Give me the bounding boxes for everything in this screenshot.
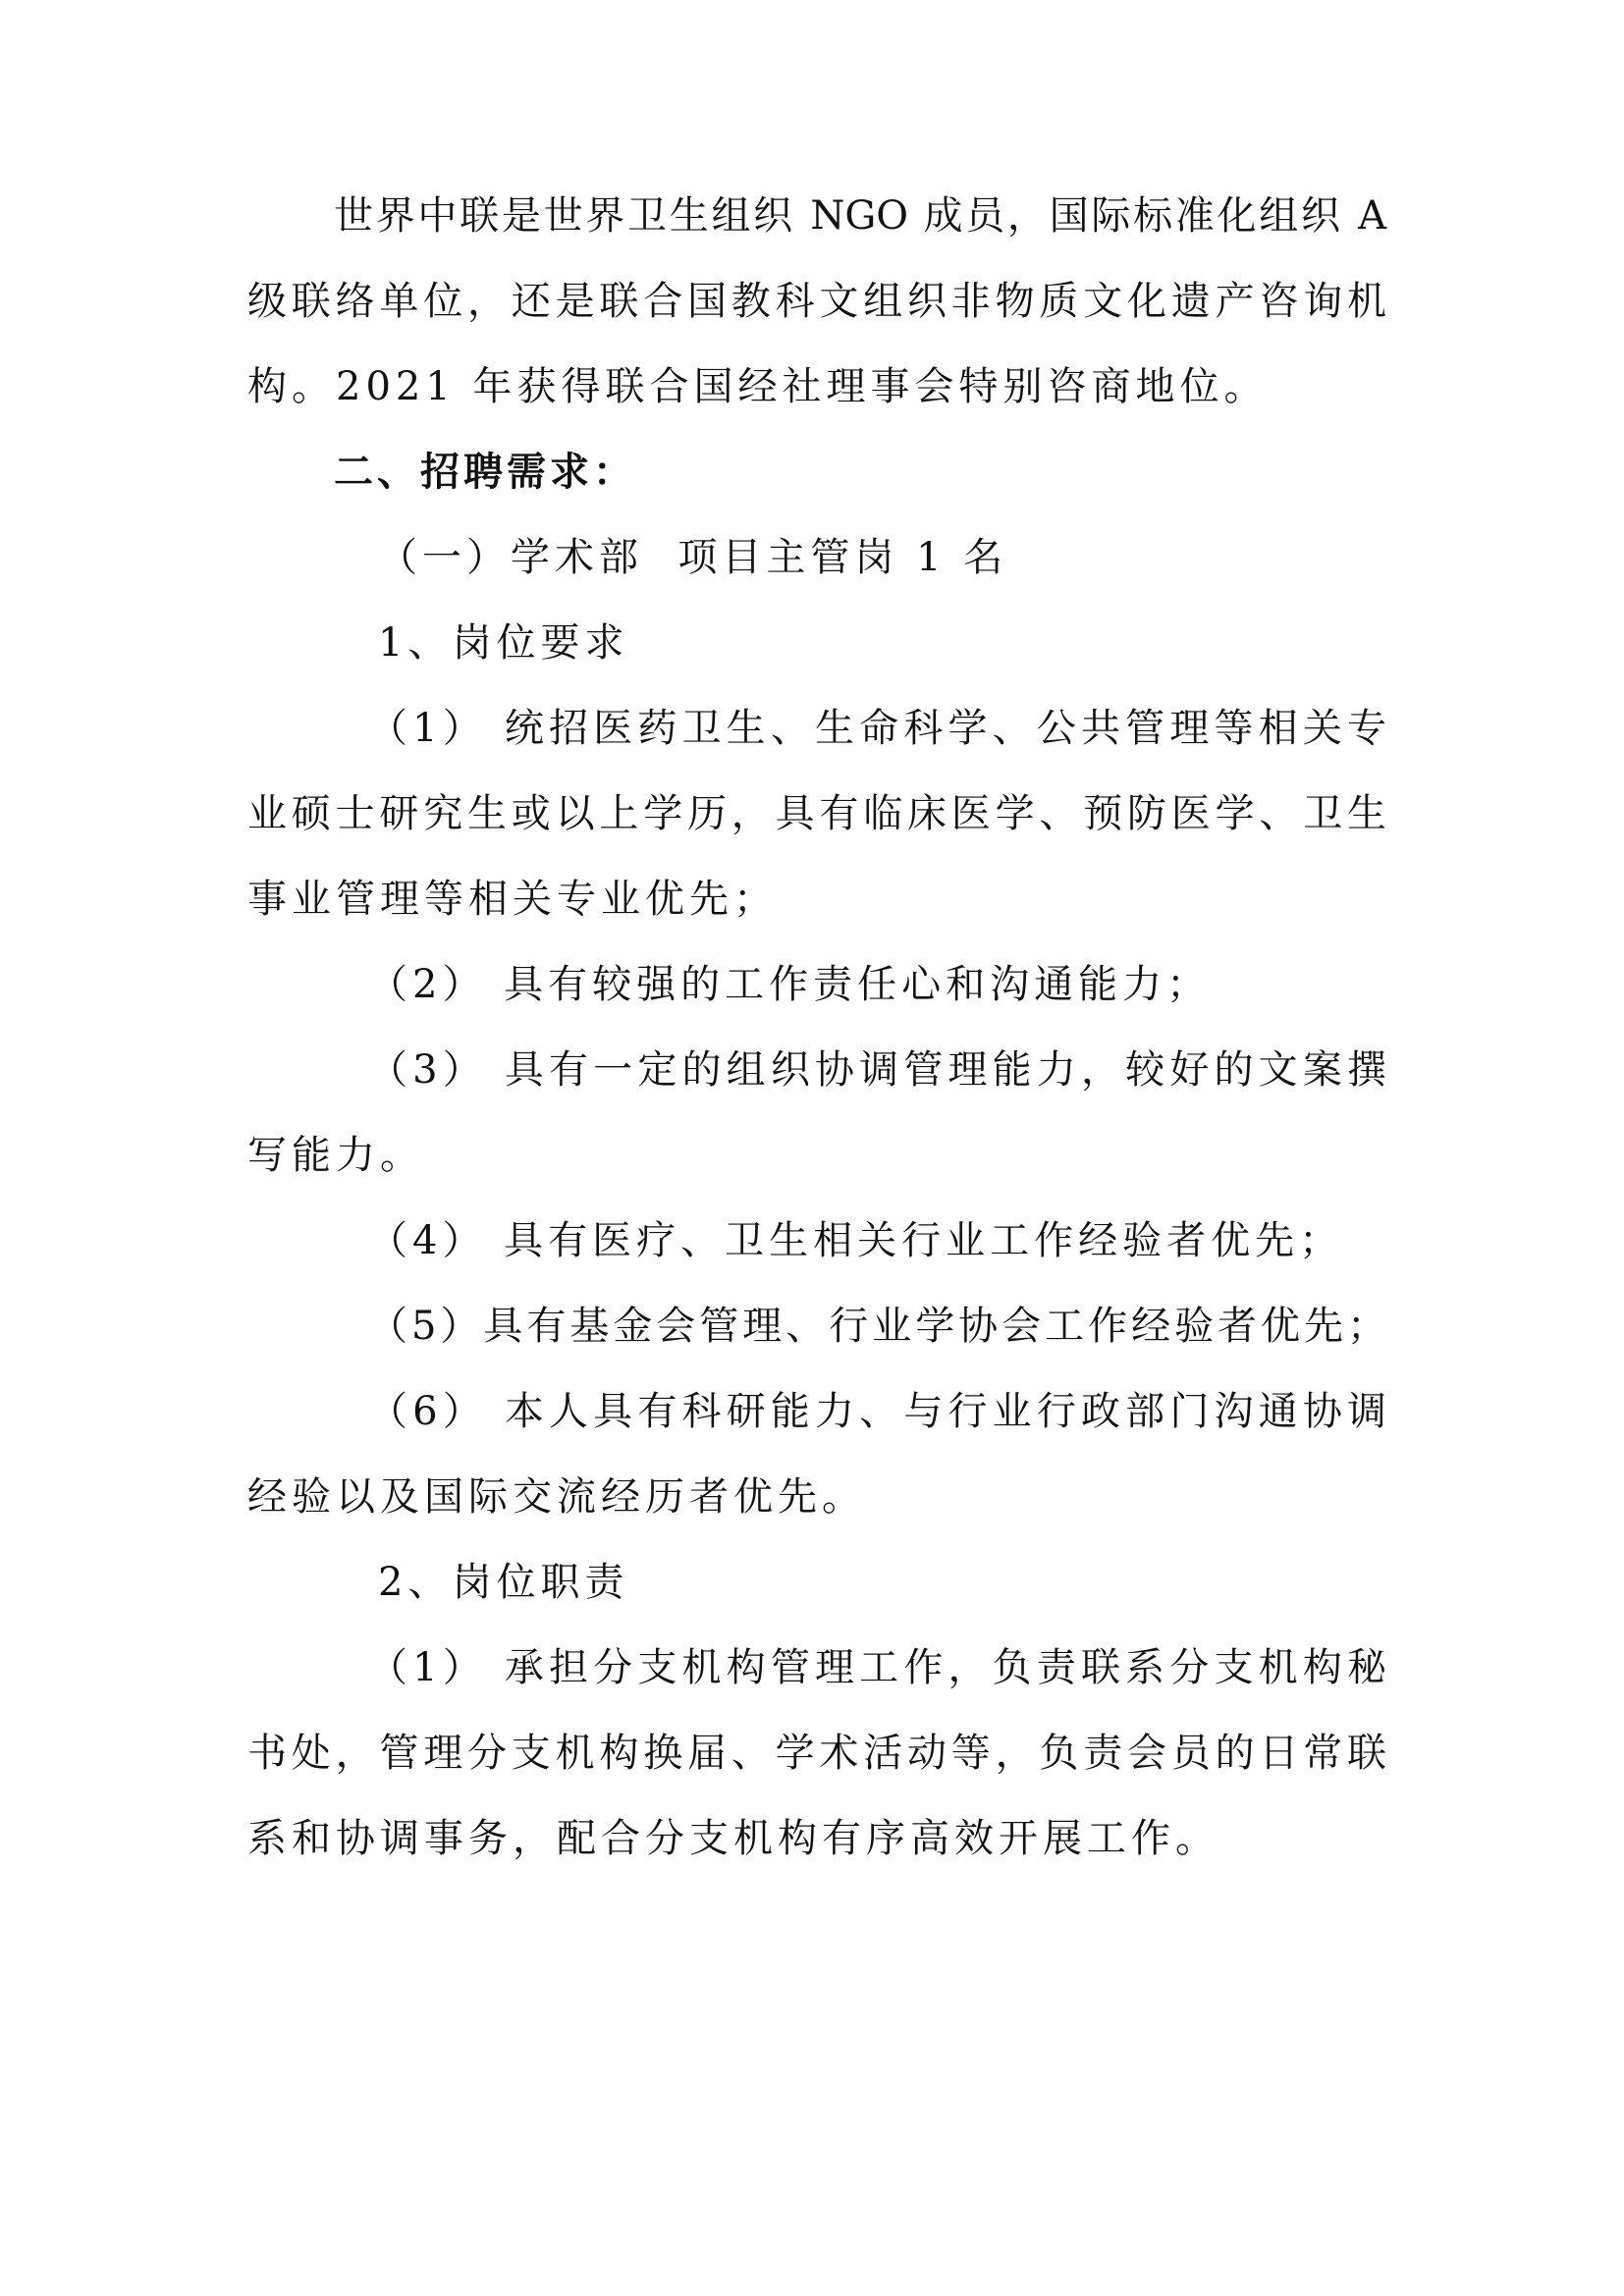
requirement-5-line-1: （5）具有基金会管理、行业学协会工作经验者优先；	[368, 1302, 1386, 1351]
document-page: 世界中联是世界卫生组织 NGO 成员，国际标准化组织 A 级联络单位，还是联合国…	[0, 0, 1624, 2296]
intro-line-3: 构。2021 年获得联合国经社理事会特别咨商地位。	[247, 362, 1386, 411]
requirement-4-line-1: （4） 具有医疗、卫生相关行业工作经验者优先；	[368, 1216, 1507, 1265]
requirement-1-line-3: 事业管理等相关专业优先；	[247, 875, 1386, 924]
requirement-6-line-1: （6） 本人具有科研能力、与行业行政部门沟通协调	[368, 1387, 1386, 1436]
intro-line-1: 世界中联是世界卫生组织 NGO 成员，国际标准化组织 A	[334, 191, 1386, 240]
duty-1-line-3: 系和协调事务，配合分支机构有序高效开展工作。	[247, 1814, 1386, 1863]
requirement-3-line-2: 写能力。	[247, 1131, 1386, 1180]
section-heading: 二、招聘需求：	[334, 448, 1386, 497]
requirements-title: 1、岗位要求	[378, 618, 1517, 667]
duty-1-line-2: 书处，管理分支机构换届、学术活动等，负责会员的日常联	[247, 1729, 1386, 1778]
requirement-1-line-1: （1） 统招医药卫生、生命科学、公共管理等相关专	[368, 704, 1386, 753]
duty-1-line-1: （1） 承担分支机构管理工作，负责联系分支机构秘	[368, 1643, 1386, 1692]
duties-title: 2、岗位职责	[378, 1558, 1517, 1607]
requirement-6-line-2: 经验以及国际交流经历者优先。	[247, 1472, 1386, 1522]
requirement-2-line-1: （2） 具有较强的工作责任心和沟通能力；	[368, 960, 1507, 1009]
subsection-heading: （一）学术部 项目主管岗 1 名	[378, 533, 1517, 582]
requirement-3-line-1: （3） 具有一定的组织协调管理能力，较好的文案撰	[368, 1045, 1386, 1095]
requirement-1-line-2: 业硕士研究生或以上学历，具有临床医学、预防医学、卫生	[247, 789, 1386, 838]
intro-line-2: 级联络单位，还是联合国教科文组织非物质文化遗产咨询机	[247, 277, 1386, 326]
